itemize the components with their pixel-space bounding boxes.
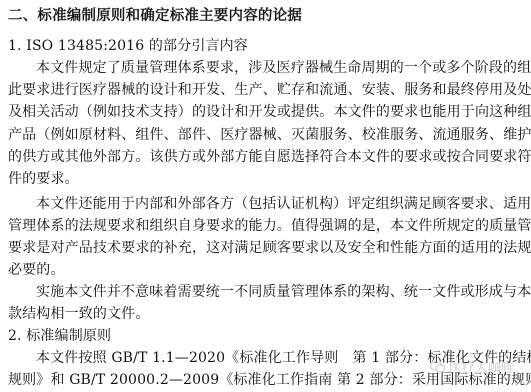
paragraph-line: 本文件还能用于内部和外部各方（包括认证机构）评定组织满足顾客要求、适用于质量: [36, 196, 531, 212]
paragraph-line: 的供方或其他外部方。该供方或外部方能自愿选择符合本文件的要求或按合同要求符合本文: [8, 149, 531, 165]
wechat-icon: [430, 361, 446, 373]
paragraph-line: 及相关活动（例如技术支持）的设计和开发或提供。本文件的要求也能用于向这种组织提供: [8, 104, 531, 120]
paragraph-line: 实施本文件并不意味着需要统一不同质量管理体系的架构、统一文件或形成与本文件条: [36, 284, 531, 300]
paragraph-line: 件的要求。: [8, 171, 79, 187]
watermark-text: 医疗人咖啡: [449, 357, 514, 376]
paragraph-line: 要求是对产品技术要求的补充，这对满足顾客要求以及安全和性能方面的适用的法规要求是: [8, 240, 531, 256]
paragraph-line: 产品（例如原材料、组件、部件、医疗器械、灭菌服务、校准服务、流通服务、维护服务）: [8, 127, 531, 143]
paragraph-line: 本文件规定了质量管理体系要求，涉及医疗器械生命周期的一个或多个阶段的组织能依: [36, 60, 531, 76]
paragraph-line: 款结构相一致的文件。: [8, 306, 150, 322]
paragraph-line: 此要求进行医疗器械的设计和开发、生产、贮存和流通、安装、服务和最终停用及处置，以: [8, 82, 531, 98]
subsection-title: 2. 标准编制原则: [8, 328, 111, 344]
paragraph-line: 必要的。: [8, 262, 65, 278]
section-heading: 二、标准编制原则和确定标准主要内容的论据: [8, 4, 302, 25]
watermark: 医疗人咖啡: [430, 357, 514, 376]
subsection-title: 1. ISO 13485:2016 的部分引言内容: [8, 38, 248, 54]
paragraph-line: 管理体系的法规要求和组织自身要求的能力。值得强调的是，本文件所规定的质量管理体系: [8, 218, 531, 234]
document-page: 二、标准编制原则和确定标准主要内容的论据 1. ISO 13485:2016 的…: [0, 0, 531, 392]
